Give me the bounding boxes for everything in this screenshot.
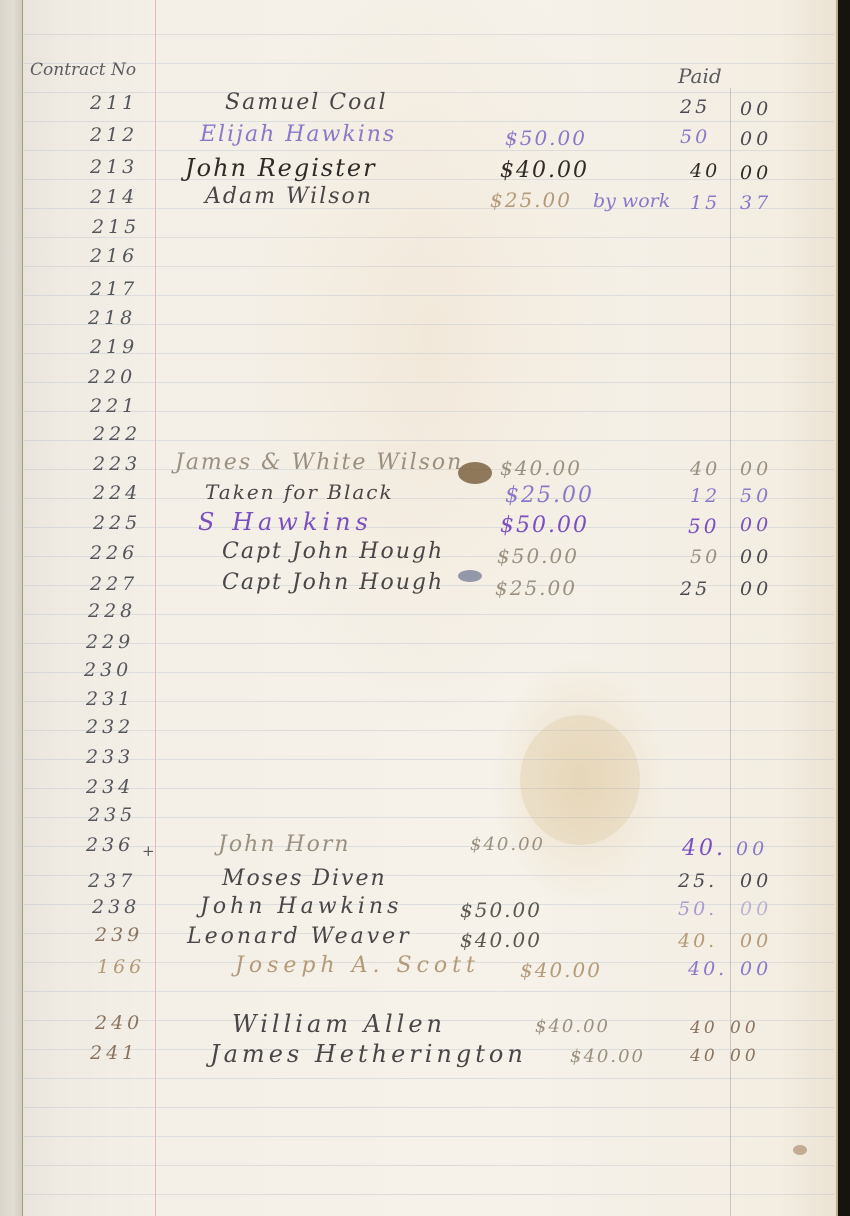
entry-amount: $40.00 — [500, 160, 589, 182]
entry-cents: 00 — [740, 130, 772, 149]
entry-name: Adam Wilson — [205, 186, 373, 208]
entry-amount: $40.00 — [520, 960, 602, 980]
entry-name: William Allen — [232, 1012, 446, 1036]
paid-header: Paid — [678, 66, 722, 86]
entry-name: James & White Wilson — [175, 452, 463, 474]
entry-amount: $40.00 — [500, 458, 582, 478]
entry-number: 230 — [84, 661, 132, 680]
entry-number: 215 — [92, 218, 140, 237]
entry-note: by work — [593, 192, 670, 211]
entry-paid: 50 — [680, 128, 710, 147]
entry-paid: 25 — [680, 580, 710, 599]
entry-name: James Hetherington — [210, 1042, 527, 1066]
water-stain — [520, 715, 640, 845]
entry-paid: 15 — [690, 194, 720, 213]
entry-name: Taken for Black — [205, 482, 394, 502]
entry-cents: 00 — [730, 1048, 760, 1065]
entry-number: 236 — [86, 836, 134, 855]
ledger-page: Contract No Paid 211 Samuel Coal 25 00 2… — [0, 0, 838, 1216]
entry-cents: 00 — [730, 1020, 760, 1037]
entry-cents: 00 — [740, 932, 772, 951]
entry-number: 212 — [90, 126, 138, 145]
entry-number: 229 — [86, 633, 134, 652]
entry-number: 226 — [90, 544, 138, 563]
entry-number: 234 — [86, 778, 134, 797]
entry-number: 217 — [90, 280, 138, 299]
entry-number: 213 — [90, 158, 138, 177]
entry-cents: 00 — [740, 164, 772, 183]
entry-name: Capt John Hough — [222, 572, 444, 594]
entry-number: 238 — [92, 898, 140, 917]
entry-number: 166 — [97, 958, 145, 977]
entry-number: 211 — [90, 94, 138, 113]
entry-number: 232 — [86, 718, 134, 737]
entry-number: 228 — [88, 602, 136, 621]
entry-amount: $50.00 — [460, 900, 542, 920]
entry-number: 220 — [88, 368, 136, 387]
entry-cents: 50 — [740, 487, 772, 506]
entry-number: 239 — [95, 926, 143, 945]
entry-cents: 00 — [740, 548, 772, 567]
entry-amount: $50.00 — [500, 515, 589, 537]
entry-amount: $50.00 — [505, 128, 587, 148]
entry-paid: 25. — [678, 872, 717, 891]
entry-number: 227 — [90, 575, 138, 594]
entry-paid: 40. — [678, 932, 717, 951]
entry-number: 241 — [90, 1044, 138, 1063]
entry-number: 237 — [88, 872, 136, 891]
entry-name: Samuel Coal — [225, 92, 388, 114]
entry-cents: 00 — [740, 960, 772, 979]
entry-number: 233 — [86, 748, 134, 767]
entry-name: John Horn — [218, 834, 351, 856]
entry-number: 214 — [90, 188, 138, 207]
entry-paid: 40. — [688, 960, 727, 979]
entry-amount: $50.00 — [497, 546, 579, 566]
entry-amount: $40.00 — [460, 930, 542, 950]
entry-amount: $40.00 — [470, 836, 545, 854]
entry-cents: 00 — [740, 580, 772, 599]
entry-name: John Hawkins — [200, 896, 402, 918]
entry-paid: 40 — [690, 1020, 718, 1037]
margin-rule — [155, 0, 156, 1216]
entry-cents: 37 — [740, 194, 772, 213]
entry-amount: $25.00 — [495, 578, 577, 598]
entry-cents: 00 — [740, 516, 772, 535]
entry-paid: 40. — [682, 838, 726, 860]
entry-name: John Register — [185, 156, 377, 180]
entry-paid: 50 — [690, 548, 720, 567]
entry-cents: 00 — [740, 900, 772, 919]
entry-name: Capt John Hough — [222, 541, 444, 563]
entry-cents: 00 — [740, 100, 772, 119]
entry-mark: + — [142, 844, 159, 859]
page-binding-edge — [0, 0, 23, 1216]
entry-paid: 50. — [678, 900, 717, 919]
ink-blot-blue — [458, 570, 482, 582]
entry-number: 231 — [86, 690, 134, 709]
entry-number: 221 — [90, 397, 138, 416]
entry-amount: $25.00 — [505, 485, 594, 507]
brown-spot — [793, 1145, 807, 1155]
entry-paid: 40 — [690, 460, 720, 479]
entry-cents: 00 — [736, 840, 768, 859]
entry-amount: $25.00 — [490, 190, 572, 210]
entry-cents: 00 — [740, 872, 772, 891]
entry-name: Leonard Weaver — [187, 926, 412, 948]
entry-amount: $40.00 — [570, 1048, 645, 1066]
ledger-book: Contract No Paid 211 Samuel Coal 25 00 2… — [0, 0, 850, 1216]
entry-name: Elijah Hawkins — [200, 124, 396, 146]
entry-name: S Hawkins — [198, 510, 373, 534]
entry-number: 219 — [90, 338, 138, 357]
contract-number-header: Contract No — [30, 62, 136, 79]
entry-number: 223 — [93, 455, 141, 474]
entry-paid: 40 — [690, 162, 720, 181]
entry-paid: 12 — [690, 487, 720, 506]
entry-paid: 50 — [688, 516, 719, 536]
entry-number: 235 — [88, 806, 136, 825]
entry-amount: $40.00 — [535, 1018, 610, 1036]
entry-number: 218 — [88, 309, 136, 328]
entry-name: Joseph A. Scott — [235, 955, 480, 977]
entry-paid: 40 — [690, 1048, 718, 1065]
entry-paid: 25 — [680, 98, 710, 117]
entry-name: Moses Diven — [222, 868, 387, 890]
entry-number: 224 — [93, 484, 141, 503]
entry-number: 240 — [95, 1014, 143, 1033]
entry-cents: 00 — [740, 460, 772, 479]
entry-number: 216 — [90, 247, 138, 266]
entry-number: 222 — [93, 425, 141, 444]
entry-number: 225 — [93, 514, 141, 533]
